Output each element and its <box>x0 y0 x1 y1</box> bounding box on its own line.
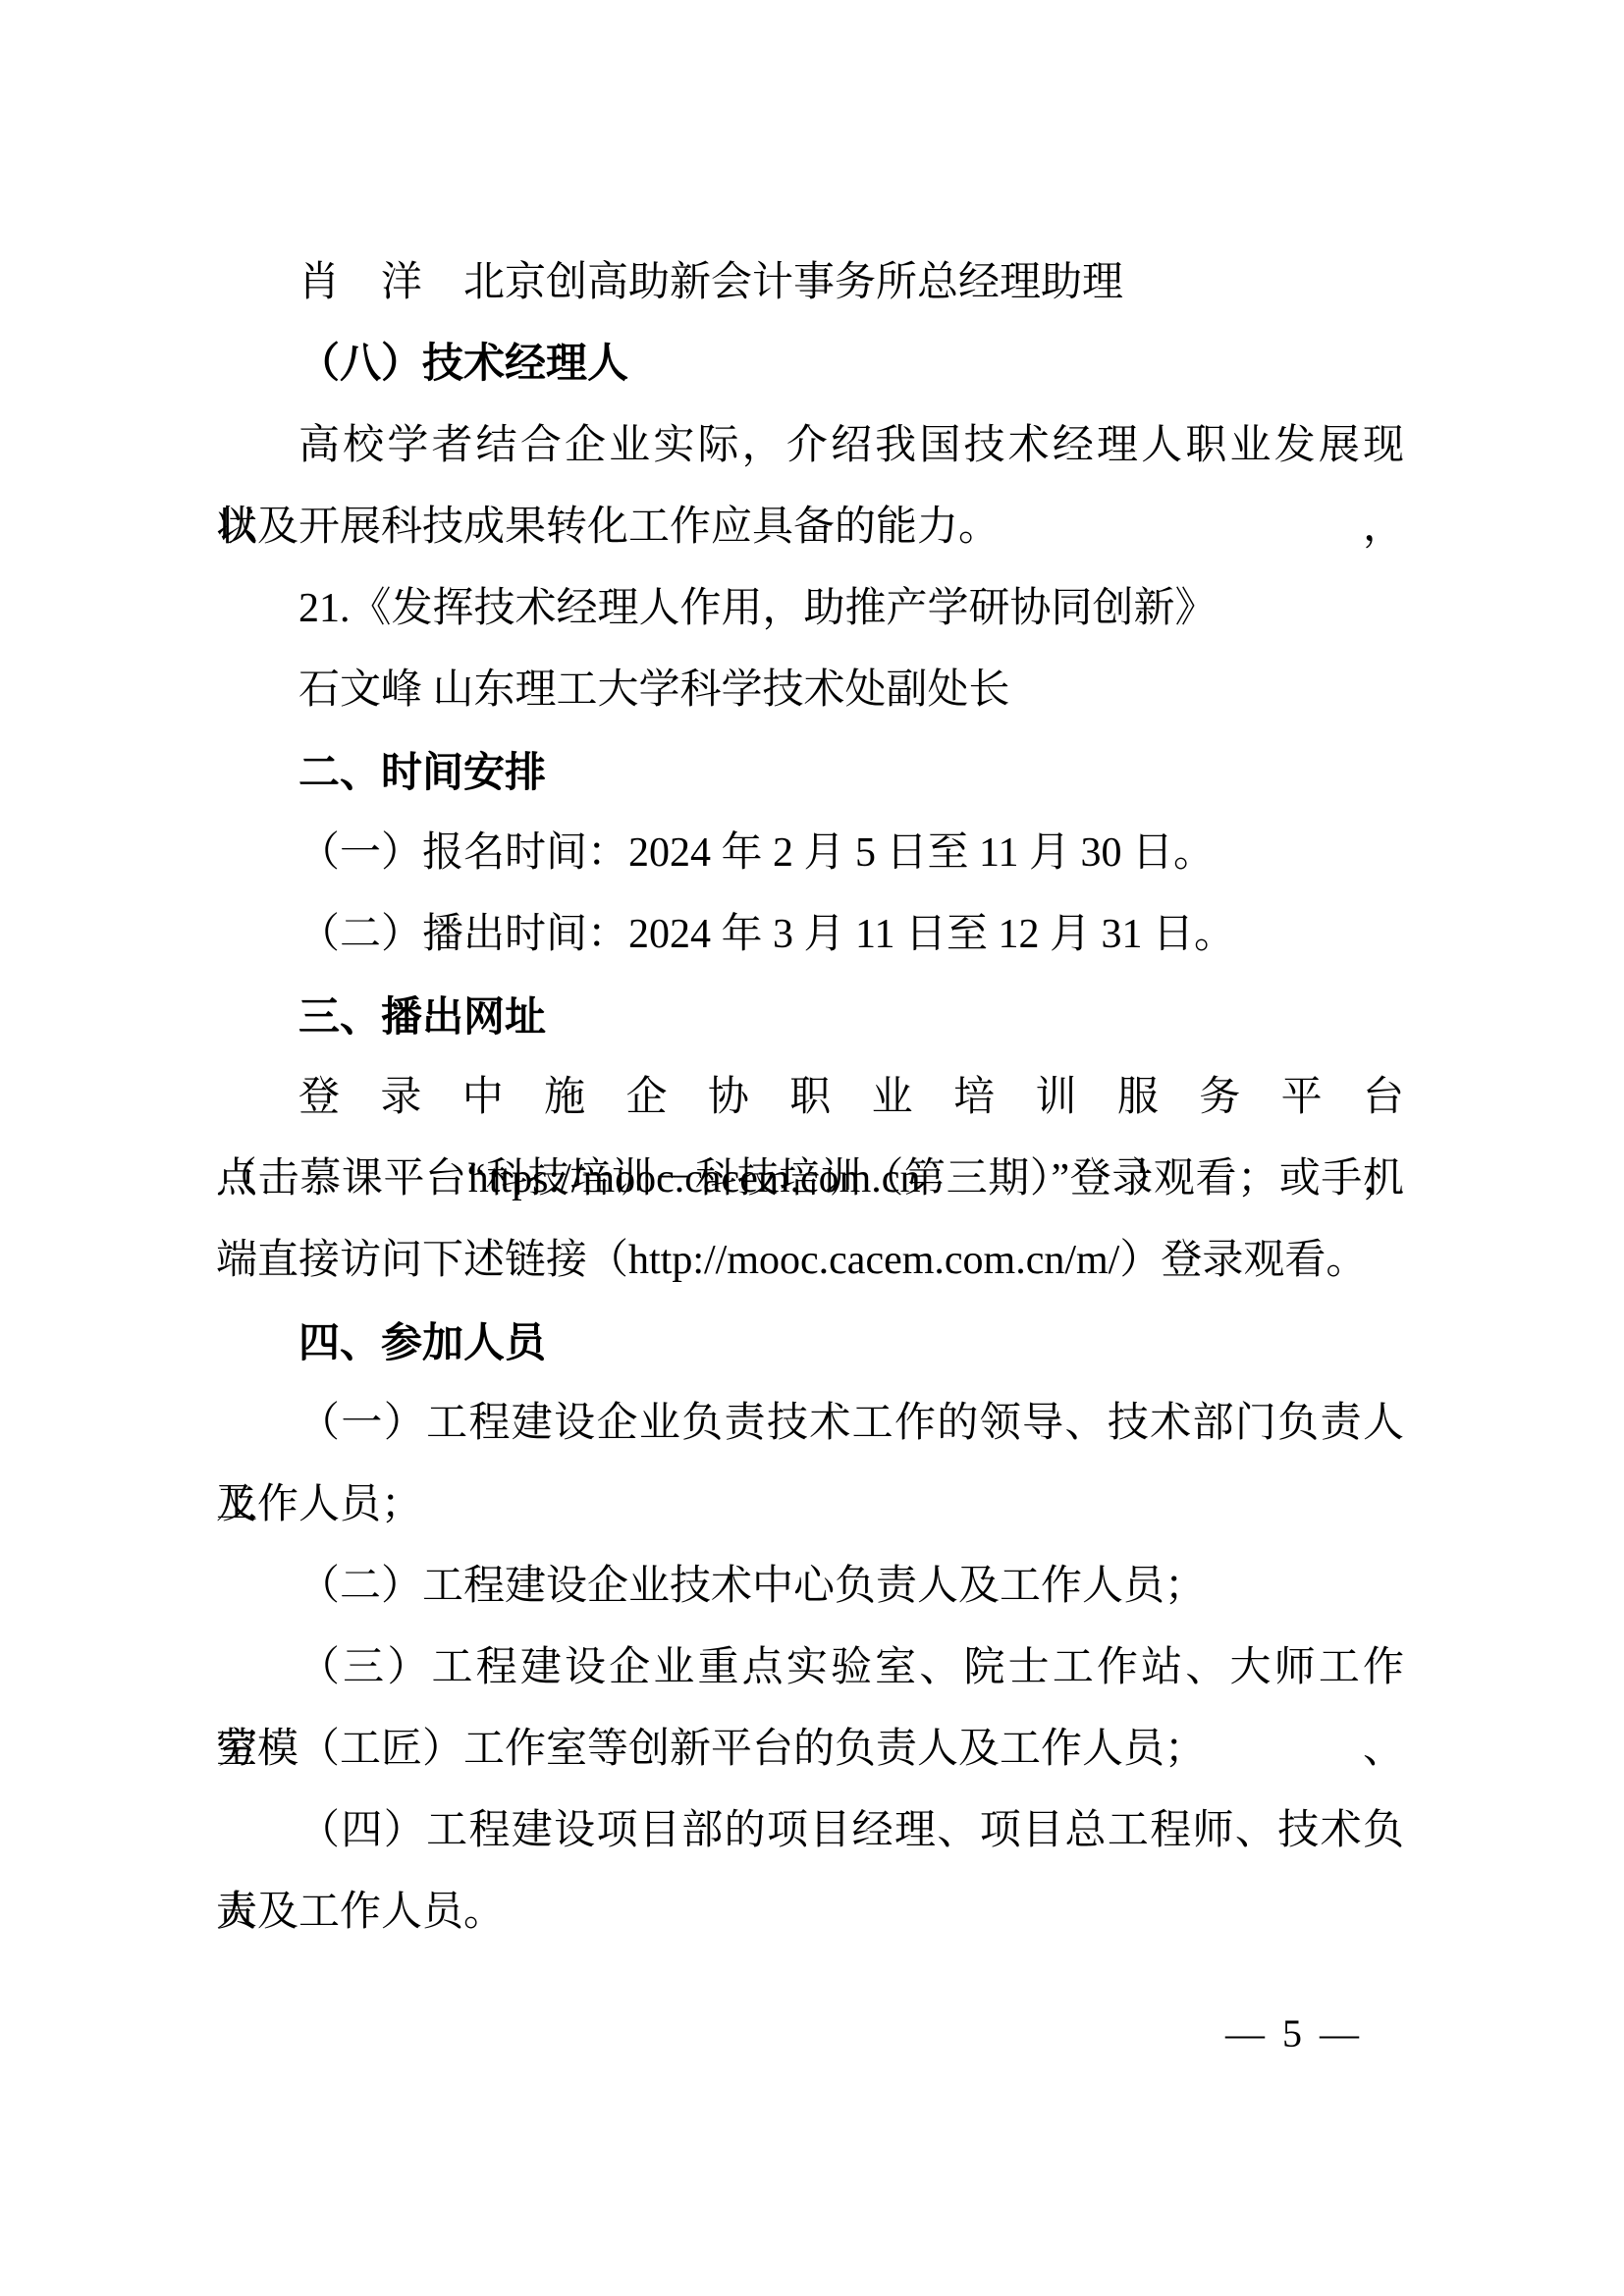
participants-item-4-line-1: （四）工程建设项目部的项目经理、项目总工程师、技术负责 <box>216 1790 1404 1872</box>
lecturer-shi-wenfeng-line: 石文峰 山东理工大学科学技术处副处长 <box>216 650 1404 731</box>
participants-item-2-line: （二）工程建设企业技术中心负责人及工作人员； <box>216 1546 1404 1628</box>
participants-item-4-line-2: 人及工作人员。 <box>216 1872 1404 1953</box>
participants-item-3-line-1: （三）工程建设企业重点实验室、院士工作站、大师工作室、 <box>216 1628 1404 1709</box>
document-body: 肖 洋 北京创高助新会计事务所总经理助理 （八）技术经理人 高校学者结合企业实际… <box>216 242 1404 1953</box>
tech-manager-intro-line-1: 高校学者结合企业实际，介绍我国技术经理人职业发展现状， <box>216 405 1404 487</box>
section-3-url-heading: 三、播出网址 <box>216 976 1404 1057</box>
section-8-heading: （八）技术经理人 <box>216 324 1404 405</box>
page-number: — 5 — <box>1225 2004 1359 2063</box>
broadcast-url-line-2: 点击慕课平台“科技培训－科技培训（第三期）”登录观看；或手机 <box>216 1139 1404 1220</box>
broadcast-time-line: （二）播出时间：2024 年 3 月 11 日至 12 月 31 日。 <box>216 894 1404 976</box>
document-page: 肖 洋 北京创高助新会计事务所总经理助理 （八）技术经理人 高校学者结合企业实际… <box>0 0 1624 2296</box>
broadcast-url-line-3: 端直接访问下述链接（http://mooc.cacem.com.cn/m/）登录… <box>216 1220 1404 1302</box>
lecturer-xiao-yang-line: 肖 洋 北京创高助新会计事务所总经理助理 <box>216 242 1404 324</box>
course-21-title-line: 21.《发挥技术经理人作用，助推产学研协同创新》 <box>216 568 1404 650</box>
broadcast-url-line-1: 登录中施企协职业培训服务平台（https://mooc.cacem.com.cn… <box>216 1057 1404 1139</box>
participants-item-1-line-2: 工作人员； <box>216 1465 1404 1546</box>
section-2-time-heading: 二、时间安排 <box>216 731 1404 813</box>
registration-time-line: （一）报名时间：2024 年 2 月 5 日至 11 月 30 日。 <box>216 813 1404 894</box>
section-4-participants-heading: 四、参加人员 <box>216 1302 1404 1383</box>
participants-item-1-line-1: （一）工程建设企业负责技术工作的领导、技术部门负责人及 <box>216 1383 1404 1465</box>
